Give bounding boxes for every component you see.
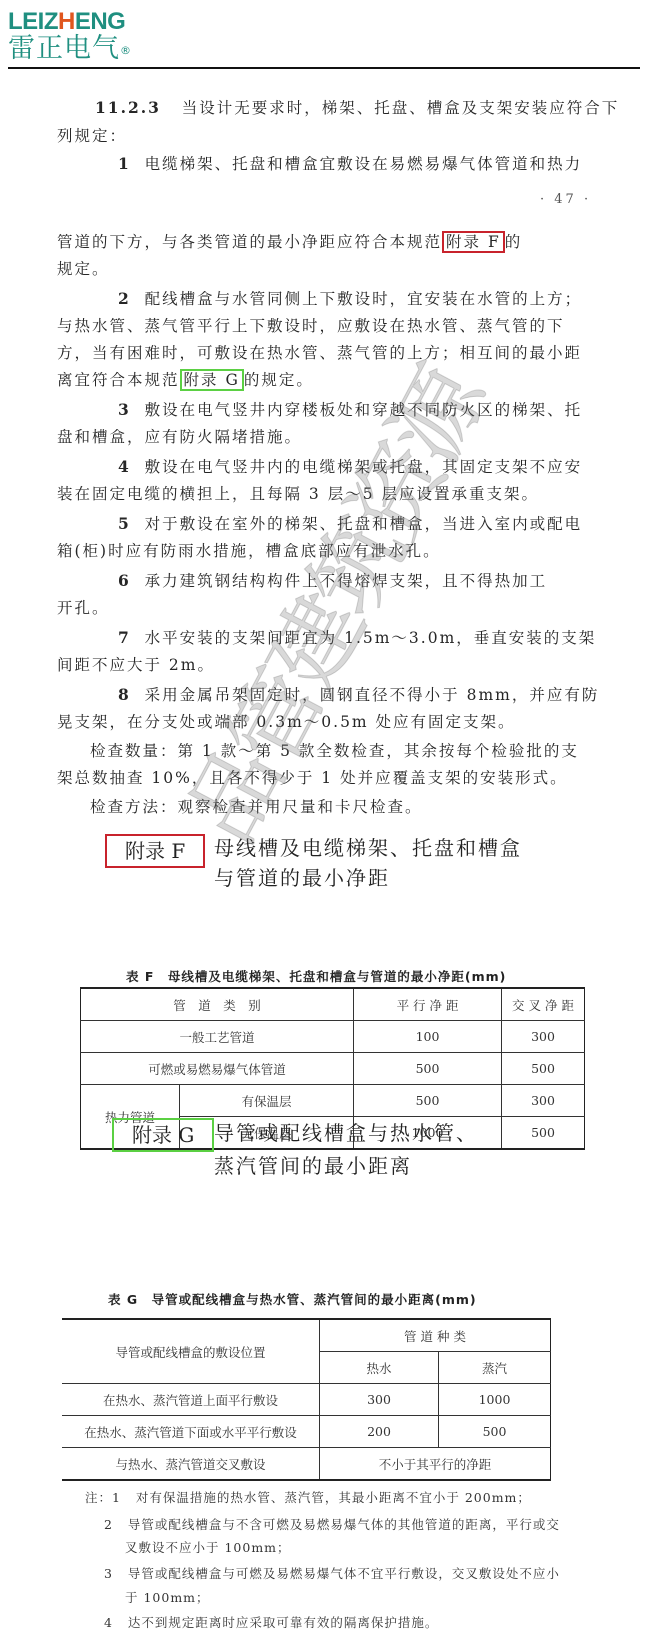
item-text: 配线槽盒与水管同侧上下敷设时，宜安装在水管的上方； bbox=[145, 290, 583, 308]
appendix-f-title-line1: 母线槽及电缆梯架、托盘和槽盒 bbox=[214, 834, 522, 862]
header-pipe-category: 管 道 类 别 bbox=[81, 988, 354, 1021]
table-row: 一般工艺管道 100 300 bbox=[81, 1021, 585, 1053]
clause-intro-text: 当设计无要求时，梯架、托盘、槽盒及支架安装应符合下 bbox=[182, 99, 620, 117]
header-laying-position: 导管或配线槽盒的敷设位置 bbox=[62, 1319, 320, 1384]
note-2: 2 导管或配线槽盒与不含可燃及易燃易爆气体的其他管道的距离，平行或交 bbox=[104, 1517, 560, 1533]
cell-hot-water: 200 bbox=[320, 1416, 439, 1448]
item-2-line1: 2 配线槽盒与水管同侧上下敷设时，宜安装在水管的上方； bbox=[118, 289, 582, 309]
note-1: 注：1 对有保温措施的热水管、蒸汽管，其最小距离不宜小于 200mm； bbox=[85, 1490, 531, 1506]
item-2-line4: 离宜符合本规范附录 G的规定。 bbox=[57, 370, 314, 390]
item-7-line1: 7 水平安装的支架间距宜为 1.5m～3.0m，垂直安装的支架 bbox=[118, 628, 596, 648]
item-text: 采用金属吊架固定时，圆钢直径不得小于 8mm，并应有防 bbox=[145, 686, 600, 704]
table-f-caption: 表 F 母线槽及电缆梯架、托盘和槽盒与管道的最小净距(mm) bbox=[126, 967, 506, 985]
item-text: 对于敷设在室外的梯架、托盘和槽盒，当进入室内或配电 bbox=[145, 515, 583, 533]
table-header-row: 管 道 类 别 平 行 净 距 交 叉 净 距 bbox=[81, 988, 585, 1021]
item-7-line2: 间距不应大于 2m。 bbox=[57, 655, 215, 675]
cell-category: 一般工艺管道 bbox=[81, 1021, 354, 1053]
brand-logo: LEIZHENG 雷正电气® bbox=[8, 10, 132, 64]
appendix-f-label: 附录 F bbox=[105, 834, 205, 868]
item-8-line1: 8 采用金属吊架固定时，圆钢直径不得小于 8mm，并应有防 bbox=[118, 685, 599, 705]
item-1-line2: 管道的下方，与各类管道的最小净距应符合本规范附录 F的 bbox=[57, 232, 522, 252]
logo-en-part: ENG bbox=[75, 8, 126, 35]
table-g: 导管或配线槽盒的敷设位置 管 道 种 类 热水 蒸汽 在热水、蒸汽管道上面平行敷… bbox=[62, 1318, 551, 1481]
cell-position: 与热水、蒸汽管道交叉敷设 bbox=[62, 1448, 320, 1481]
check-quantity-line1: 检查数量：第 1 款～第 5 款全数检查，其余按每个检验批的支 bbox=[90, 741, 579, 761]
registered-mark-icon: ® bbox=[120, 44, 132, 57]
clause-number: 11.2.3 bbox=[95, 98, 161, 117]
item-number: 1 bbox=[118, 154, 131, 173]
header-steam: 蒸汽 bbox=[439, 1352, 551, 1384]
note-text: 导管或配线槽盒与可燃及易燃易爆气体不宜平行敷设，交叉敷设处不应小 bbox=[128, 1566, 560, 1581]
item-text: 敷设在电气竖井内的电缆梯架或托盘，其固定支架不应安 bbox=[145, 458, 583, 476]
item-4-line1: 4 敷设在电气竖井内的电缆梯架或托盘，其固定支架不应安 bbox=[118, 457, 582, 477]
clause-intro-line2: 列规定： bbox=[57, 126, 127, 146]
cell-position: 在热水、蒸汽管道下面或水平平行敷设 bbox=[62, 1416, 320, 1448]
item-number: 7 bbox=[118, 628, 131, 647]
item-text: 水平安装的支架间距宜为 1.5m～3.0m，垂直安装的支架 bbox=[145, 629, 597, 647]
cell-parallel: 100 bbox=[354, 1021, 502, 1053]
item-number: 4 bbox=[118, 457, 131, 476]
header-parallel-distance: 平 行 净 距 bbox=[354, 988, 502, 1021]
item-8-line2: 晃支架，在分支处或端部 0.3m～0.5m 处应有固定支架。 bbox=[57, 712, 516, 732]
item-1-line3: 规定。 bbox=[57, 259, 110, 279]
note-number: 3 bbox=[104, 1566, 113, 1581]
appendix-g-reference-link[interactable]: 附录 G bbox=[180, 369, 244, 391]
item-text: 的规定。 bbox=[244, 371, 314, 389]
item-1-line1: 1 电缆梯架、托盘和槽盒宜敷设在易燃易爆气体管道和热力 bbox=[118, 154, 582, 174]
item-4-line2: 装在固定电缆的横担上，且每隔 3 层～5 层应设置承重支架。 bbox=[57, 484, 539, 504]
logo-chinese: 雷正电气® bbox=[8, 34, 132, 64]
cell-cross-value: 不小于其平行的净距 bbox=[320, 1448, 551, 1481]
item-number: 6 bbox=[118, 571, 131, 590]
item-text: 的 bbox=[505, 233, 523, 251]
cell-steam: 1000 bbox=[439, 1384, 551, 1416]
header-divider bbox=[8, 67, 640, 69]
logo-en-accent: H bbox=[58, 8, 75, 35]
appendix-g-title-line1: 导管或配线槽盒与热水管、 bbox=[214, 1119, 478, 1147]
cell-cross: 500 bbox=[502, 1117, 585, 1150]
table-row: 热力管道 有保温层 500 300 bbox=[81, 1085, 585, 1117]
note-text: 导管或配线槽盒与不含可燃及易燃易爆气体的其他管道的距离，平行或交 bbox=[128, 1517, 560, 1532]
item-2-line2: 与热水管、蒸气管平行上下敷设时，应敷设在热水管、蒸气管的下 bbox=[57, 316, 565, 336]
cell-position: 在热水、蒸汽管道上面平行敷设 bbox=[62, 1384, 320, 1416]
logo-english: LEIZHENG bbox=[8, 10, 132, 34]
note-prefix: 注：1 bbox=[85, 1490, 121, 1505]
item-text: 承力建筑钢结构构件上不得熔焊支架，且不得热加工 bbox=[145, 572, 548, 590]
page-number: · 47 · bbox=[540, 192, 591, 207]
header-hot-water: 热水 bbox=[320, 1352, 439, 1384]
appendix-f-reference-link[interactable]: 附录 F bbox=[442, 231, 505, 253]
check-method: 检查方法：观察检查并用尺量和卡尺检查。 bbox=[90, 797, 423, 817]
note-number: 2 bbox=[104, 1517, 113, 1532]
item-5-line1: 5 对于敷设在室外的梯架、托盘和槽盒，当进入室内或配电 bbox=[118, 514, 582, 534]
item-5-line2: 箱(柜)时应有防雨水措施，槽盒底部应有泄水孔。 bbox=[57, 541, 441, 561]
item-number: 8 bbox=[118, 685, 131, 704]
item-3-line2: 盘和槽盒，应有防火隔堵措施。 bbox=[57, 427, 302, 447]
cell-parallel: 500 bbox=[354, 1053, 502, 1085]
item-number: 2 bbox=[118, 289, 131, 308]
cell-parallel: 500 bbox=[354, 1085, 502, 1117]
item-number: 3 bbox=[118, 400, 131, 419]
table-row: 与热水、蒸汽管道交叉敷设 不小于其平行的净距 bbox=[62, 1448, 551, 1481]
item-text: 管道的下方，与各类管道的最小净距应符合本规范 bbox=[57, 233, 442, 251]
note-3-line2: 于 100mm； bbox=[125, 1590, 210, 1606]
note-number: 4 bbox=[104, 1615, 113, 1630]
clause-intro-line1: 11.2.3 当设计无要求时，梯架、托盘、槽盒及支架安装应符合下 bbox=[95, 98, 619, 118]
item-3-line1: 3 敷设在电气竖井内穿楼板处和穿越不同防火区的梯架、托 bbox=[118, 400, 582, 420]
header-pipe-type: 管 道 种 类 bbox=[320, 1319, 551, 1352]
cell-cross: 300 bbox=[502, 1021, 585, 1053]
cell-steam: 500 bbox=[439, 1416, 551, 1448]
logo-cn-text: 雷正电气 bbox=[8, 33, 120, 64]
table-header-row: 导管或配线槽盒的敷设位置 管 道 种 类 bbox=[62, 1319, 551, 1352]
note-text: 达不到规定距离时应采取可靠有效的隔离保护措施。 bbox=[128, 1615, 439, 1630]
item-text: 离宜符合本规范 bbox=[57, 371, 180, 389]
item-text: 电缆梯架、托盘和槽盒宜敷设在易燃易爆气体管道和热力 bbox=[145, 155, 583, 173]
table-row: 可燃或易燃易爆气体管道 500 500 bbox=[81, 1053, 585, 1085]
table-row: 在热水、蒸汽管道上面平行敷设 300 1000 bbox=[62, 1384, 551, 1416]
note-4: 4 达不到规定距离时应采取可靠有效的隔离保护措施。 bbox=[104, 1615, 438, 1631]
appendix-f-title-line2: 与管道的最小净距 bbox=[214, 864, 390, 892]
note-text: 对有保温措施的热水管、蒸汽管，其最小距离不宜小于 200mm； bbox=[136, 1490, 531, 1505]
cell-hot-water: 300 bbox=[320, 1384, 439, 1416]
note-2-line2: 叉敷设不应小于 100mm； bbox=[125, 1540, 291, 1556]
appendix-g-label: 附录 G bbox=[112, 1118, 214, 1152]
table-row: 在热水、蒸汽管道下面或水平平行敷设 200 500 bbox=[62, 1416, 551, 1448]
logo-en-part: LEIZ bbox=[8, 8, 58, 35]
cell-subcategory: 有保温层 bbox=[180, 1085, 354, 1117]
item-text: 敷设在电气竖井内穿楼板处和穿越不同防火区的梯架、托 bbox=[145, 401, 583, 419]
table-g-caption: 表 G 导管或配线槽盒与热水管、蒸汽管间的最小距离(mm) bbox=[108, 1290, 477, 1308]
item-number: 5 bbox=[118, 514, 131, 533]
appendix-g-title-line2: 蒸汽管间的最小距离 bbox=[214, 1152, 412, 1180]
check-quantity-line2: 架总数抽查 10%，且各不得少于 1 处并应覆盖支架的安装形式。 bbox=[57, 768, 568, 788]
note-3: 3 导管或配线槽盒与可燃及易燃易爆气体不宜平行敷设，交叉敷设处不应小 bbox=[104, 1566, 560, 1582]
item-6-line2: 开孔。 bbox=[57, 598, 110, 618]
cell-category: 可燃或易燃易爆气体管道 bbox=[81, 1053, 354, 1085]
header-cross-distance: 交 叉 净 距 bbox=[502, 988, 585, 1021]
cell-cross: 300 bbox=[502, 1085, 585, 1117]
item-2-line3: 方，当有困难时，可敷设在热水管、蒸气管的上方；相互间的最小距 bbox=[57, 343, 582, 363]
cell-cross: 500 bbox=[502, 1053, 585, 1085]
item-6-line1: 6 承力建筑钢结构构件上不得熔焊支架，且不得热加工 bbox=[118, 571, 547, 591]
